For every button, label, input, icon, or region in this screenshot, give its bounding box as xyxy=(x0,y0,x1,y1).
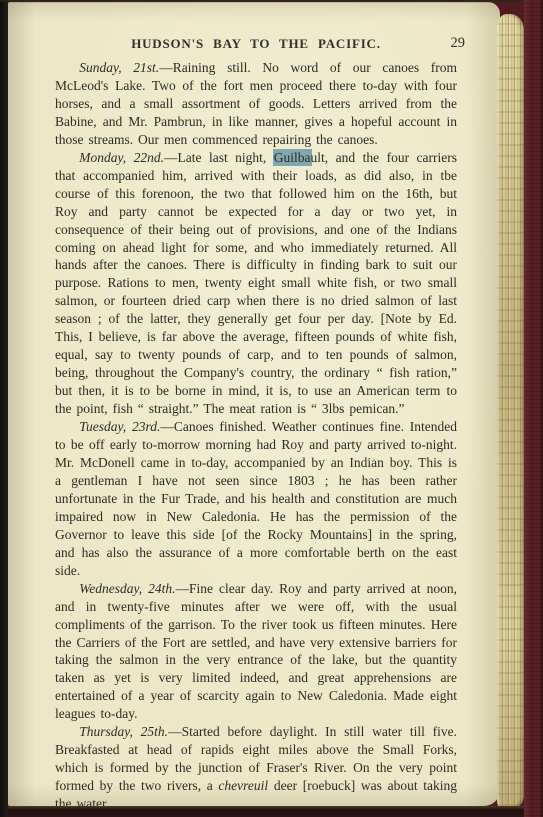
text-segment: Monday, 22nd. xyxy=(79,150,164,165)
book-cover-right xyxy=(524,0,543,817)
text-segment: ult, and the four carriers that accompan… xyxy=(55,150,457,416)
book-scan: HUDSON'S BAY TO THE PACIFIC. 29 Sunday, … xyxy=(0,0,543,817)
paragraph: Wednesday, 24th.—Fine clear day. Roy and… xyxy=(55,580,457,724)
text-segment: chevreuil xyxy=(218,778,268,793)
text-segment: —Late last night, xyxy=(164,150,274,165)
paragraph: Monday, 22nd.—Late last night, Guilbault… xyxy=(55,149,457,418)
page-fore-edge xyxy=(497,14,524,809)
text-segment: Thursday, 25th. xyxy=(79,724,168,739)
running-title: HUDSON'S BAY TO THE PACIFIC. xyxy=(55,36,457,52)
text-segment: —Canoes finished. Weather continues fine… xyxy=(55,419,457,578)
text-segment: Sunday, 21st. xyxy=(79,60,159,75)
highlighted-term: Guilba xyxy=(274,150,311,165)
page-header: HUDSON'S BAY TO THE PACIFIC. 29 xyxy=(55,36,457,56)
page-number: 29 xyxy=(451,35,466,52)
book-top-edge xyxy=(0,0,524,3)
text-segment: Wednesday, 24th. xyxy=(79,581,175,596)
paragraph: Thursday, 25th.—Started before daylight.… xyxy=(55,723,457,813)
book-bottom-edge xyxy=(0,806,543,817)
paragraph: Sunday, 21st.—Raining still. No word of … xyxy=(55,59,457,149)
binding-left-edge xyxy=(0,0,8,817)
text-segment: —Fine clear day. Roy and party arrived a… xyxy=(55,581,457,722)
paragraph: Tuesday, 23rd.—Canoes finished. Weather … xyxy=(55,418,457,580)
book-page: HUDSON'S BAY TO THE PACIFIC. 29 Sunday, … xyxy=(8,2,500,806)
text-segment: Tuesday, 23rd. xyxy=(79,419,160,434)
page-text: Sunday, 21st.—Raining still. No word of … xyxy=(55,59,457,813)
